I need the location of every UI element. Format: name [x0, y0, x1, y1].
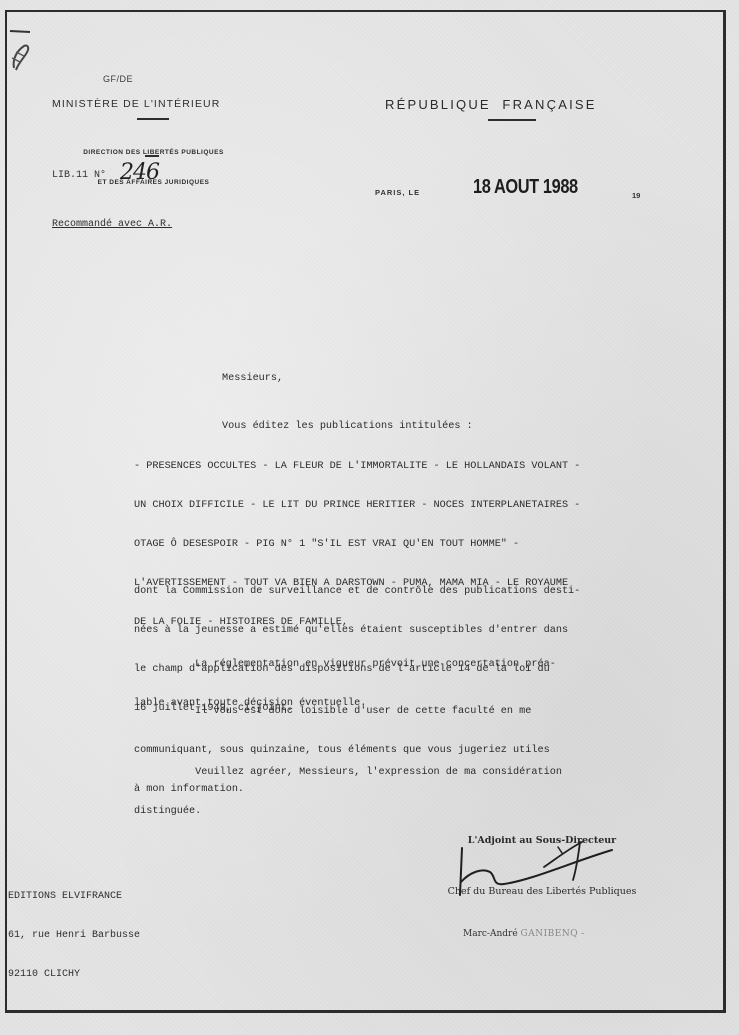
titles-line: - PRESENCES OCCULTES - LA FLEUR DE L'IMM… [134, 460, 580, 473]
paragraph-line: Il vous est donc loisible d'user de cett… [134, 705, 550, 718]
paragraph-line: dont la Commission de surveillance et de… [134, 585, 580, 598]
paragraph-line: La réglementation en vigueur prévoit une… [134, 658, 556, 671]
corner-stamp-icon [8, 28, 36, 76]
divider [145, 155, 159, 157]
signer-surname: GANIBENQ [521, 929, 579, 939]
reference-code: GF/DE [103, 74, 133, 84]
salutation: Messieurs, [222, 372, 283, 385]
republic-heading: RÉPUBLIQUE FRANÇAISE [385, 97, 597, 112]
handwritten-signature-icon [452, 840, 622, 905]
year-prefix: 19 [632, 191, 640, 200]
addressee-line: 61, rue Henri Barbusse [8, 929, 140, 942]
lib-reference-number: 246 [120, 160, 159, 185]
paragraph-line: Veuillez agréer, Messieurs, l'expression… [134, 766, 562, 779]
divider [137, 118, 169, 120]
titles-line: OTAGE Ô DESESPOIR - PIG N° 1 "S'IL EST V… [134, 538, 580, 551]
divider [488, 119, 536, 121]
titles-line: UN CHOIX DIFFICILE - LE LIT DU PRINCE HE… [134, 499, 580, 512]
delivery-note: Recommandé avec A.R. [52, 219, 172, 230]
intro-line: Vous éditez les publications intitulées … [222, 420, 473, 433]
place-label: PARIS, LE [375, 188, 420, 197]
addressee-line: EDITIONS ELVIFRANCE [8, 890, 140, 903]
lib-reference-label: LIB.11 N° [52, 170, 106, 181]
signer-first-name: Marc-André [463, 929, 518, 939]
ministry-name: MINISTÈRE DE L'INTÉRIEUR [52, 98, 220, 110]
signer-name: Marc-André GANIBENQ - [463, 929, 584, 939]
addressee-block: EDITIONS ELVIFRANCE 61, rue Henri Barbus… [8, 864, 140, 994]
date-stamp: 18 AOUT 1988 [473, 176, 578, 199]
addressee-line: 92110 CLICHY [8, 968, 140, 981]
